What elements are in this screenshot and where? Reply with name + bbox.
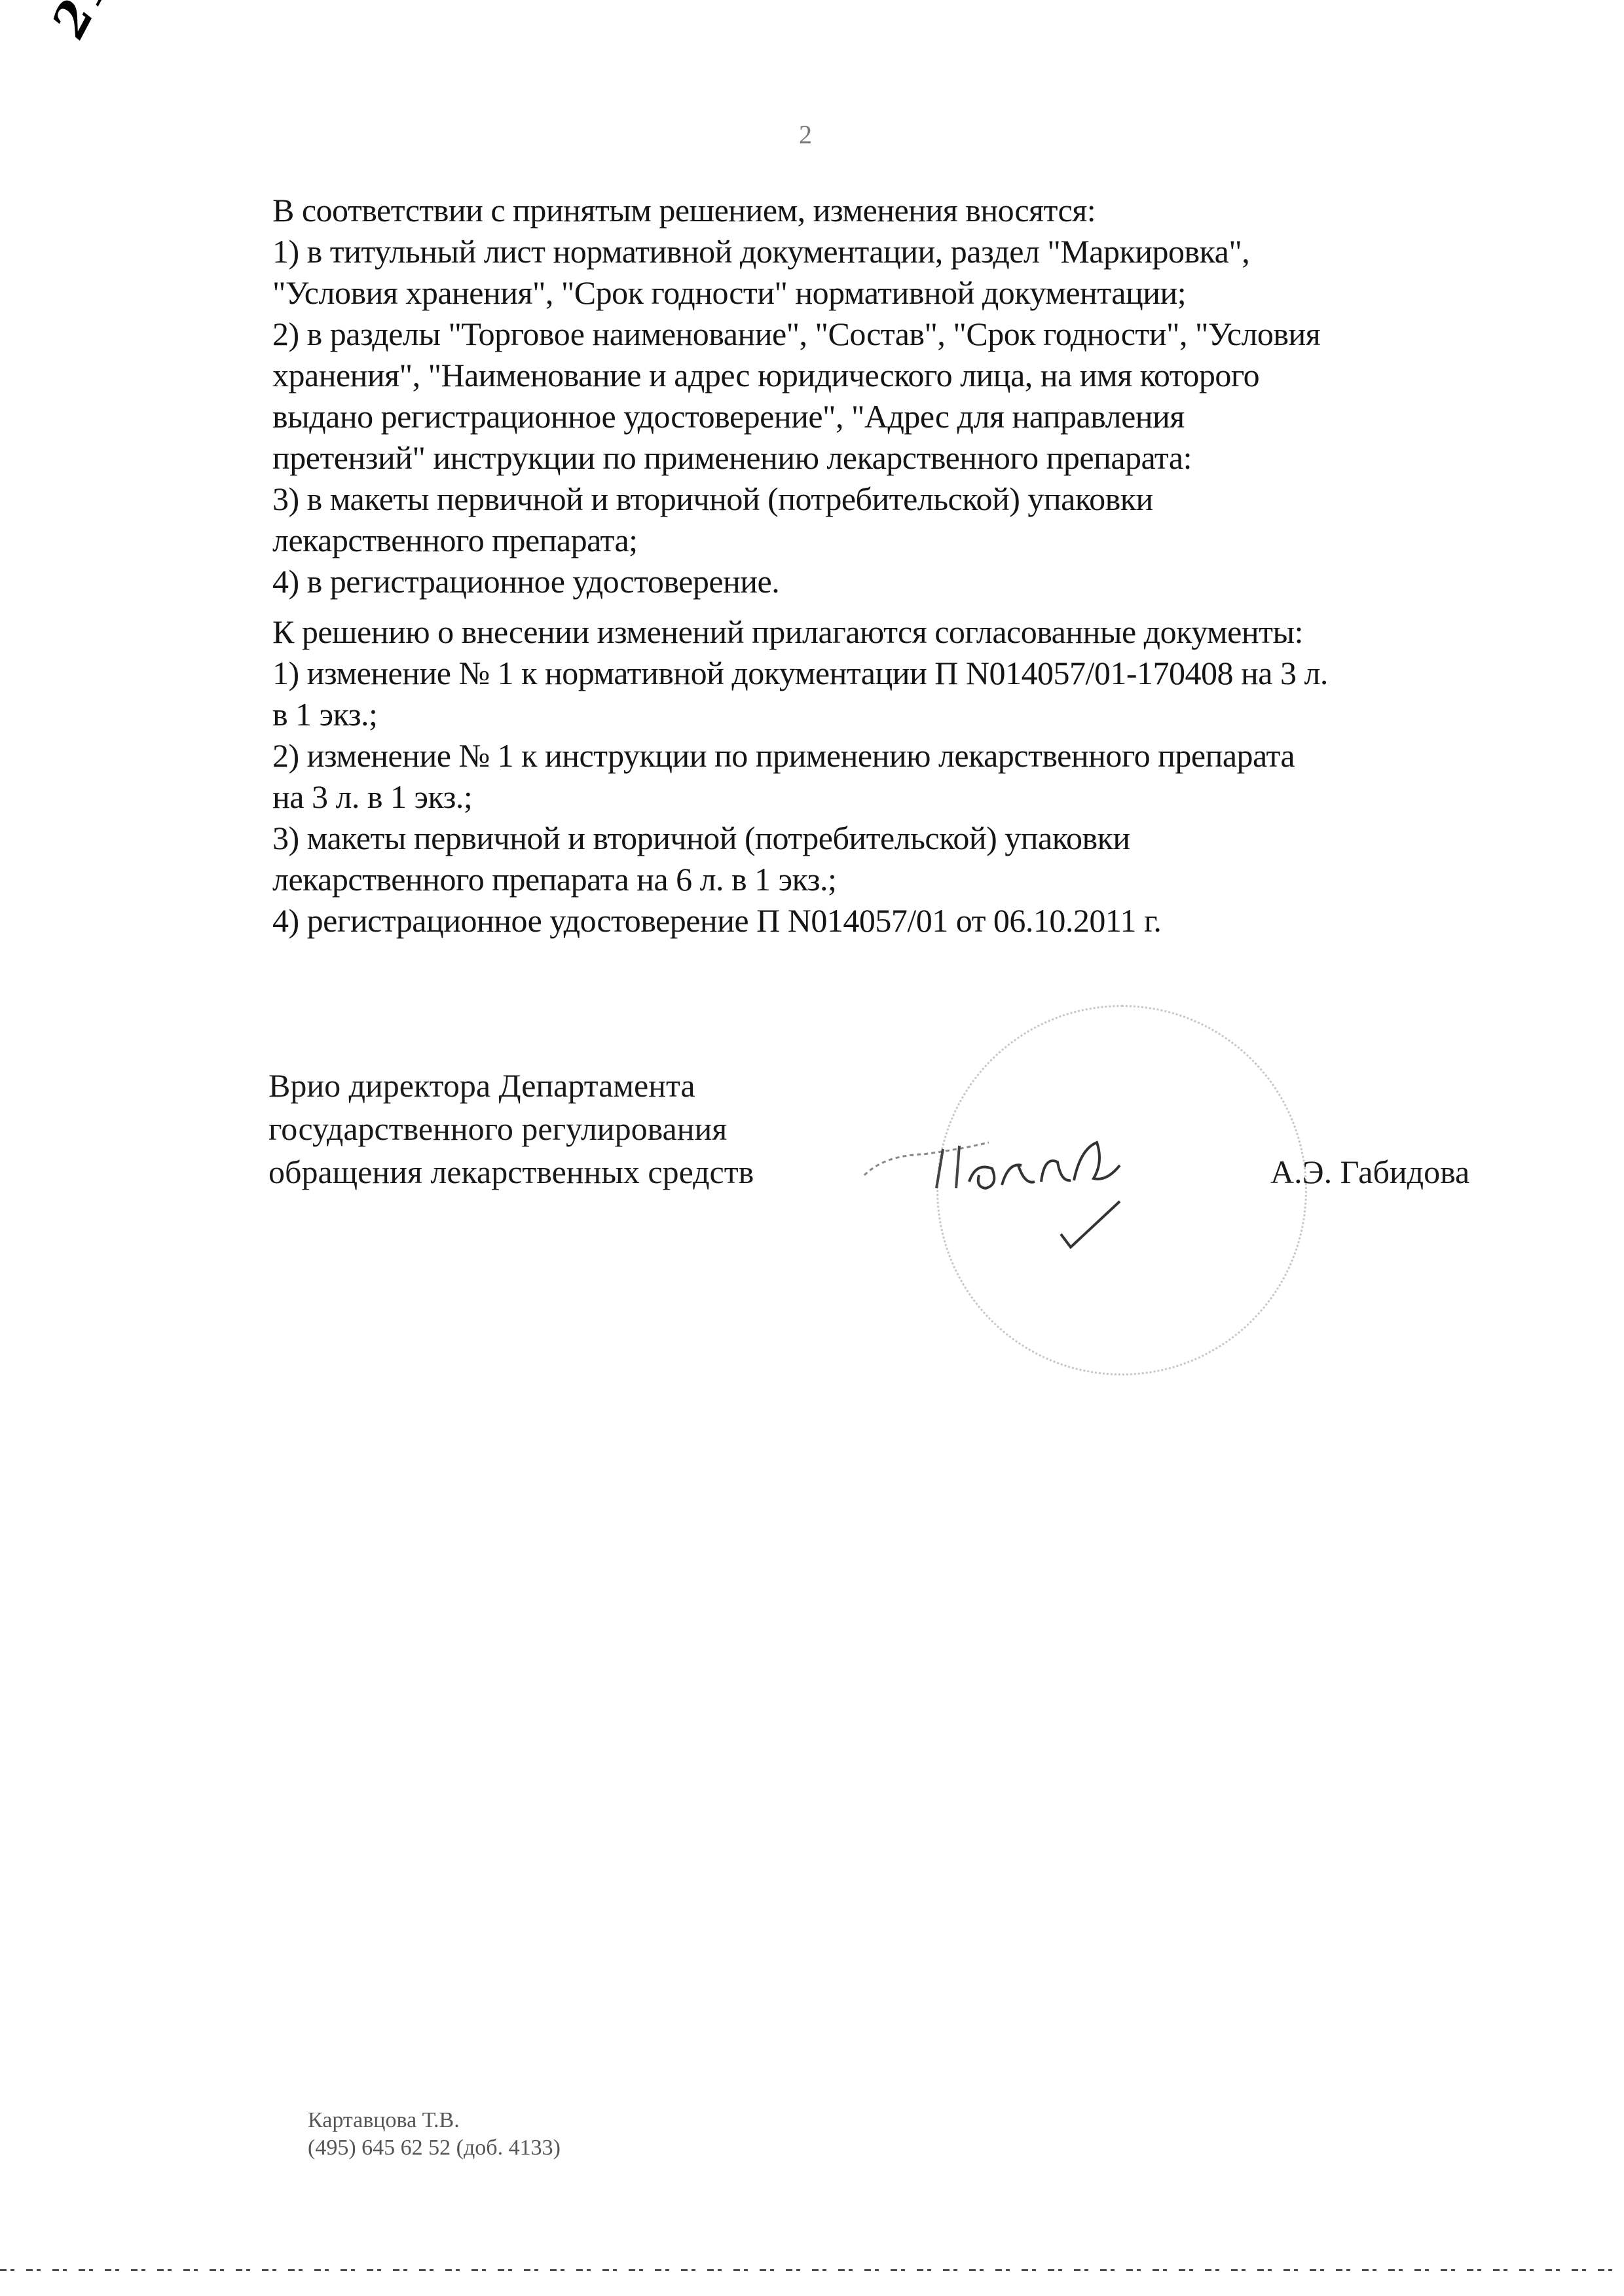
signatory-title: Врио директора Департамента государствен… bbox=[268, 1064, 754, 1194]
change-item-3-line-1: 3) в макеты первичной и вторичной (потре… bbox=[272, 479, 1517, 520]
attachment-item-3-line-1: 3) макеты первичной и вторичной (потреби… bbox=[272, 818, 1517, 859]
signatory-title-line-3: обращения лекарственных средств bbox=[268, 1150, 754, 1194]
signatory-title-line-2: государственного регулирования bbox=[268, 1107, 754, 1150]
change-item-4-line-1: 4) в регистрационное удостоверение. bbox=[272, 561, 1517, 602]
signatory-name: А.Э. Габидова bbox=[1270, 1150, 1469, 1194]
handwritten-signature-icon bbox=[845, 1103, 1185, 1273]
attachment-item-3-line-2: лекарственного препарата на 6 л. в 1 экз… bbox=[272, 859, 1517, 900]
attachment-item-1-line-1: 1) изменение № 1 к нормативной документа… bbox=[272, 653, 1517, 694]
executor-name: Картавцова Т.В. bbox=[308, 2107, 561, 2134]
paragraph-spacer bbox=[272, 602, 1517, 611]
attachment-item-2-line-1: 2) изменение № 1 к инструкции по примене… bbox=[272, 735, 1517, 776]
page-number: 2 bbox=[799, 119, 812, 150]
scan-edge-divider bbox=[0, 2269, 1624, 2271]
change-item-3-line-2: лекарственного препарата; bbox=[272, 520, 1517, 561]
signature-block: Врио директора Департамента государствен… bbox=[268, 1064, 1513, 1326]
change-item-1-line-2: "Условия хранения", "Срок годности" норм… bbox=[272, 272, 1517, 314]
executor-phone: (495) 645 62 52 (доб. 4133) bbox=[308, 2134, 561, 2162]
change-item-2-line-2: хранения", "Наименование и адрес юридиче… bbox=[272, 355, 1517, 396]
change-item-2-line-3: выдано регистрационное удостоверение", "… bbox=[272, 396, 1517, 437]
change-item-2-line-1: 2) в разделы "Торговое наименование", "С… bbox=[272, 314, 1517, 355]
attachment-item-1-line-2: в 1 экз.; bbox=[272, 694, 1517, 735]
attachment-item-2-line-2: на 3 л. в 1 экз.; bbox=[272, 776, 1517, 818]
handwritten-page-mark: 210 bbox=[41, 0, 139, 46]
change-item-2-line-4: претензий" инструкции по применению лека… bbox=[272, 437, 1517, 479]
signatory-title-line-1: Врио директора Департамента bbox=[268, 1064, 754, 1107]
change-item-1-line-1: 1) в титульный лист нормативной документ… bbox=[272, 231, 1517, 272]
attachment-item-4-line-1: 4) регистрационное удостоверение П N0140… bbox=[272, 900, 1517, 941]
document-body: В соответствии с принятым решением, изме… bbox=[272, 190, 1517, 941]
executor-info: Картавцова Т.В. (495) 645 62 52 (доб. 41… bbox=[308, 2107, 561, 2162]
attachments-intro: К решению о внесении изменений прилагают… bbox=[272, 611, 1517, 653]
changes-intro: В соответствии с принятым решением, изме… bbox=[272, 190, 1517, 231]
document-page: 210 2 В соответствии с принятым решением… bbox=[0, 0, 1624, 2296]
